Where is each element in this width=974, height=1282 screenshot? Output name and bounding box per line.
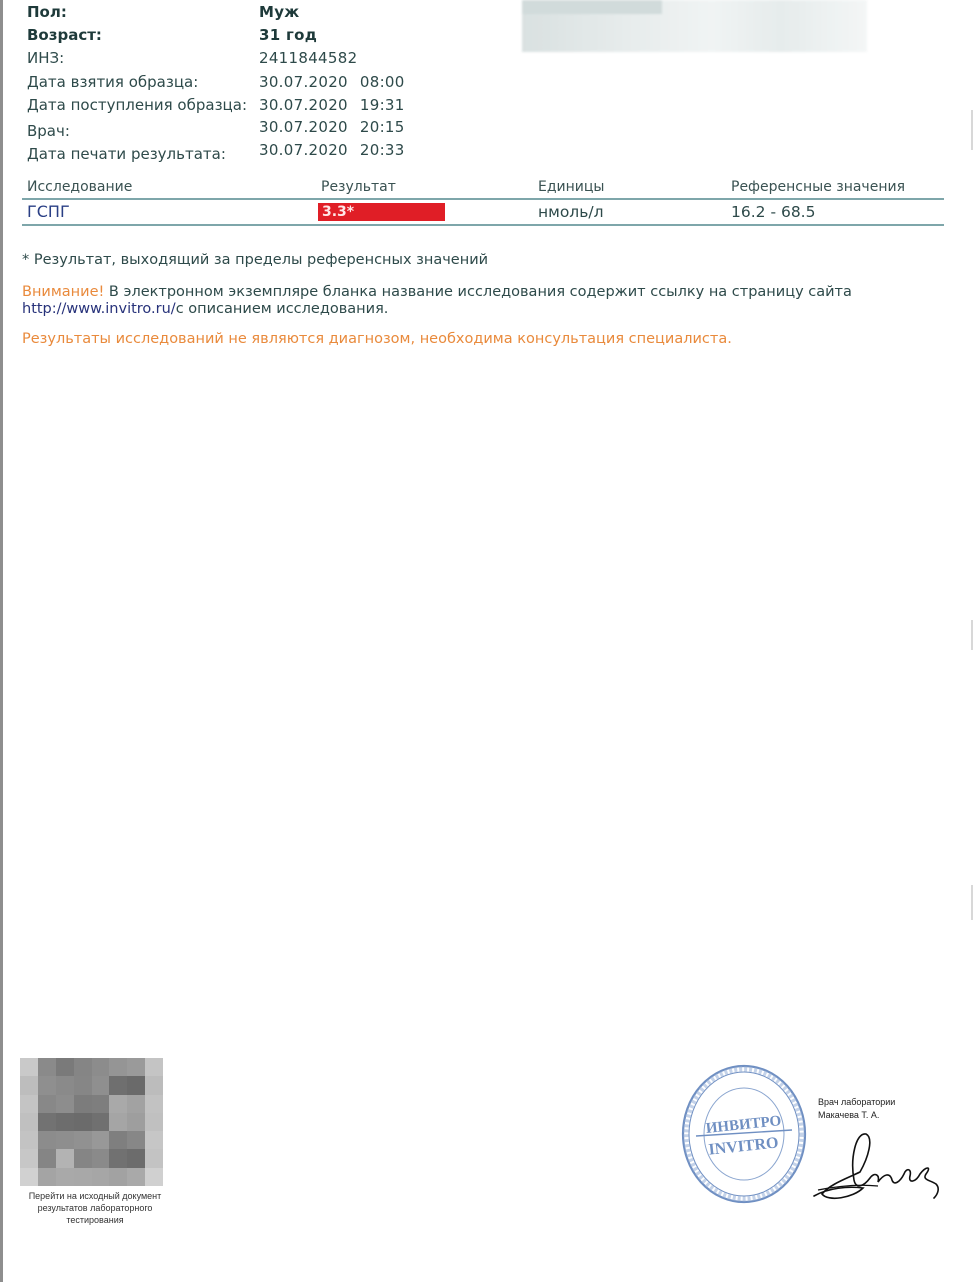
- info-value: Муж: [259, 1, 300, 23]
- page-edge-mark: [971, 885, 973, 920]
- doctor-title: Врач лаборатории: [818, 1096, 895, 1109]
- qr-code[interactable]: [20, 1058, 163, 1186]
- header-result: Результат: [321, 176, 396, 198]
- info-value: 30.07.202020:33: [259, 139, 405, 161]
- invitro-link[interactable]: http://www.invitro.ru/: [22, 301, 176, 317]
- page-left-border: [0, 0, 3, 1282]
- header-test: Исследование: [27, 176, 132, 198]
- header-reference: Референсные значения: [731, 176, 905, 198]
- info-value: 2411844582: [259, 47, 357, 69]
- lab-doctor: Врач лаборатории Макачева Т. А.: [818, 1096, 895, 1122]
- footnote-out-of-range: * Результат, выходящий за пределы рефере…: [22, 252, 488, 269]
- info-label: Дата поступления образца:: [27, 94, 247, 116]
- attention-note: Внимание! В электронном экземпляре бланк…: [22, 284, 852, 318]
- redacted-patient-name: [522, 0, 867, 52]
- result-units: нмоль/л: [538, 200, 603, 224]
- disclaimer: Результаты исследований не являются диаг…: [22, 331, 732, 348]
- doctor-name: Макачева Т. А.: [818, 1109, 895, 1122]
- info-label: Возраст:: [27, 24, 102, 46]
- page-edge-mark: [971, 620, 973, 650]
- info-label: Дата печати результата:: [27, 143, 226, 165]
- signature-icon: [808, 1128, 948, 1208]
- link-suffix: с описанием исследования.: [176, 301, 389, 317]
- info-value: 30.07.202019:31: [259, 94, 405, 116]
- page-edge-mark: [971, 110, 973, 150]
- test-name-link[interactable]: ГСПГ: [27, 200, 70, 224]
- invitro-stamp-icon: ИНВИТРО INVITRO: [680, 1063, 808, 1205]
- attention-label: Внимание!: [22, 284, 104, 300]
- qr-caption: Перейти на исходный документ результатов…: [20, 1190, 170, 1226]
- info-value: 30.07.202020:15: [259, 116, 405, 138]
- result-value-out-of-range: 3.3*: [318, 203, 445, 221]
- result-reference-range: 16.2 - 68.5: [731, 200, 815, 224]
- svg-text:INVITRO: INVITRO: [708, 1134, 780, 1158]
- table-header: Исследование Результат Единицы Референсн…: [22, 176, 944, 200]
- info-value: 31 год: [259, 24, 317, 46]
- attention-text: В электронном экземпляре бланка название…: [104, 284, 852, 300]
- info-label: Дата взятия образца:: [27, 71, 198, 93]
- table-row: ГСПГ 3.3* нмоль/л 16.2 - 68.5: [22, 200, 944, 226]
- info-value: 30.07.202008:00: [259, 71, 405, 93]
- info-label: Врач:: [27, 120, 70, 142]
- header-units: Единицы: [538, 176, 604, 198]
- info-label: Пол:: [27, 1, 67, 23]
- info-label: ИНЗ:: [27, 47, 64, 69]
- results-table: Исследование Результат Единицы Референсн…: [22, 176, 944, 226]
